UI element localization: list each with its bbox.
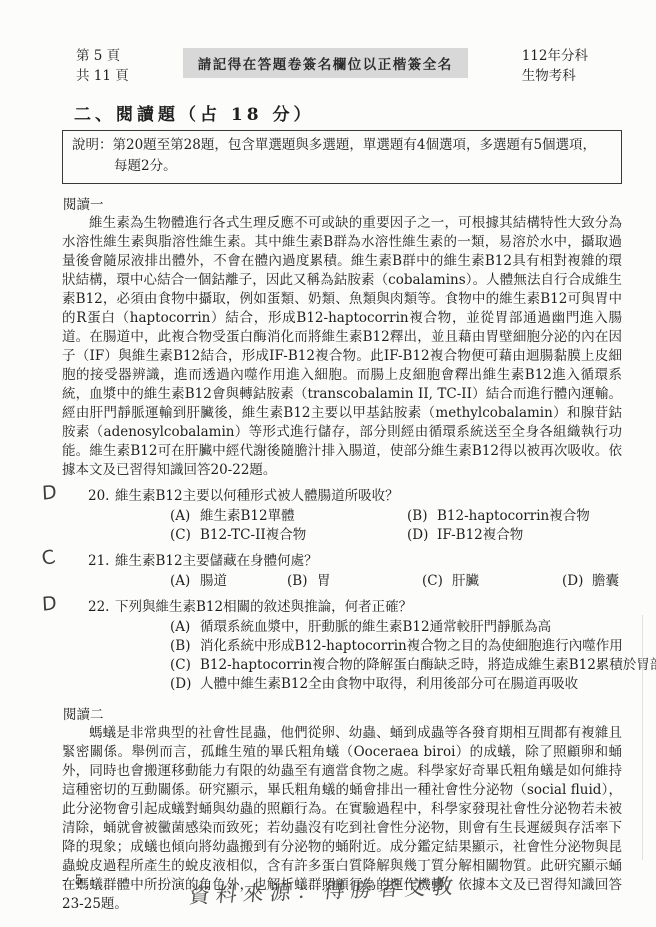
option-b: (B)消化系統中形成B12-haptocorrin複合物之目的為使細胞進行內噬作… (170, 637, 622, 656)
question-21-options: (A)腸道 (B)胃 (C)肝臟 (D)膽囊 (170, 572, 622, 591)
reading2-label: 閱讀二 (63, 703, 622, 723)
question-22-stem: 下列與維生素B12相關的敘述與推論，何者正確？ (115, 598, 622, 617)
option-d: (D)膽囊 (562, 572, 622, 591)
option-c: (C)B12-haptocorrin複合物的降解蛋白酶缺乏時，將造成維生素B12… (170, 656, 622, 675)
section-title: 二、閱讀題（占 18 分） (74, 100, 622, 125)
footer-page-number: - 5 - (62, 873, 97, 888)
question-22-number: 22. (88, 598, 115, 617)
instruction-line-1: 說明：第20題至第28題，包含單選題與多選題，單選題有4個選項，多選題有5個選項… (72, 135, 613, 156)
total-pages-line: 共 11 頁 (76, 66, 129, 86)
option-a: (A)循環系統血漿中，肝動脈的維生素B12通常較肝門靜脈為高 (170, 618, 622, 637)
question-22-options: (A)循環系統血漿中，肝動脈的維生素B12通常較肝門靜脈為高 (B)消化系統中形… (170, 618, 622, 694)
scan-artifact-line (642, 615, 644, 860)
instruction-line-2: 每題2分。 (72, 156, 613, 177)
option-a: (A)腸道 (170, 572, 287, 591)
handwritten-answer-q21: C (40, 548, 57, 569)
option-d: (D)IF-B12複合物 (407, 526, 622, 545)
instruction-box: 說明：第20題至第28題，包含單選題與多選題，單選題有4個選項，多選題有5個選項… (62, 130, 622, 184)
question-20: D 20. 維生素B12主要以何種形式被人體腸道所吸收？ (A)維生素B12單體… (88, 487, 622, 545)
reading1-label: 閱讀一 (63, 193, 622, 213)
page-footer: - 5 - 資料來源：得勝者文教 (62, 873, 459, 905)
option-c: (C)肝臟 (422, 572, 562, 591)
question-22: D 22. 下列與維生素B12相關的敘述與推論，何者正確？ (A)循環系統血漿中… (88, 598, 622, 694)
signature-notice: 請記得在答題卷簽名欄位以正楷簽全名 (183, 48, 468, 78)
option-d: (D)人體中維生素B12全由食物中取得，利用後部分可在腸道再吸收 (170, 675, 622, 694)
question-21-stem-line: 21. 維生素B12主要儲藏在身體何處？ (88, 552, 622, 571)
question-21: C 21. 維生素B12主要儲藏在身體何處？ (A)腸道 (B)胃 (C)肝臟 … (88, 552, 622, 591)
reading1-passage: 維生素為生物體進行各式生理反應不可或缺的重要因子之一，可根據其結構特性大致分為水… (62, 214, 622, 480)
question-21-number: 21. (88, 552, 115, 571)
handwritten-source-note: 資料來源：得勝者文教 (188, 870, 461, 910)
exam-subject-line: 生物考科 (522, 66, 588, 86)
exam-year-line: 112年分科 (522, 46, 588, 66)
question-20-options: (A)維生素B12單體 (B)B12-haptocorrin複合物 (C)B12… (170, 507, 622, 545)
option-c: (C)B12-TC-II複合物 (170, 526, 407, 545)
option-a: (A)維生素B12單體 (170, 507, 407, 526)
question-20-number: 20. (88, 487, 115, 506)
exam-subject-info: 112年分科 生物考科 (522, 46, 588, 86)
page-number-info: 第 5 頁 共 11 頁 (76, 46, 129, 86)
question-22-stem-line: 22. 下列與維生素B12相關的敘述與推論，何者正確？ (88, 598, 622, 617)
question-20-stem: 維生素B12主要以何種形式被人體腸道所吸收？ (115, 487, 622, 506)
question-20-stem-line: 20. 維生素B12主要以何種形式被人體腸道所吸收？ (88, 487, 622, 506)
exam-page: 第 5 頁 共 11 頁 請記得在答題卷簽名欄位以正楷簽全名 112年分科 生物… (0, 0, 656, 927)
page-number-line: 第 5 頁 (76, 46, 129, 66)
page-header: 第 5 頁 共 11 頁 請記得在答題卷簽名欄位以正楷簽全名 112年分科 生物… (62, 46, 622, 86)
option-b: (B)胃 (287, 572, 422, 591)
option-b: (B)B12-haptocorrin複合物 (407, 507, 622, 526)
handwritten-answer-q20: D (42, 483, 58, 504)
handwritten-answer-q22: D (42, 594, 58, 615)
question-21-stem: 維生素B12主要儲藏在身體何處？ (115, 552, 622, 571)
